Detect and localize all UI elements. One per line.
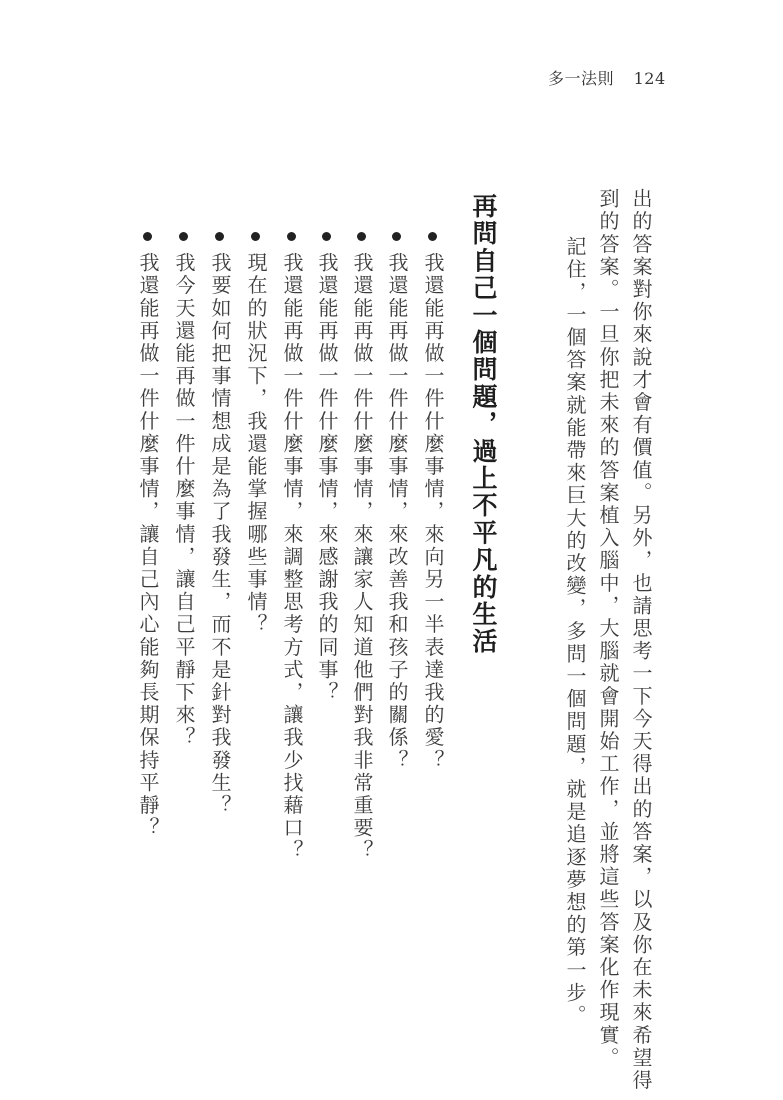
bullet-icon xyxy=(287,232,296,241)
list-item-text: 我還能再做一件什麼事情，讓自己內心能夠長期保持平靜？ xyxy=(136,252,160,840)
bullet-icon xyxy=(179,232,188,241)
body-paragraph-line-1: 出的答案對你來說才會有價值。另外，也請思考一下今天得出的答案，以及你在未來希望得 xyxy=(629,188,653,1092)
bullet-icon xyxy=(251,232,260,241)
list-item-text: 我要如何把事情想成是為了我發生，而不是針對我發生？ xyxy=(208,252,232,817)
list-item-text: 我還能再做一件什麼事情，來調整思考方式，讓我少找藉口？ xyxy=(280,252,304,862)
bullet-icon xyxy=(428,232,437,241)
bullet-icon xyxy=(322,232,331,241)
list-item-text: 我還能再做一件什麼事情，來向另一半表達我的愛？ xyxy=(421,252,445,772)
section-heading: 再問自己一個問題，過上不平凡的生活 xyxy=(468,193,498,655)
list-item-text: 我還能再做一件什麼事情，來讓家人知道他們對我非常重要？ xyxy=(350,252,374,862)
bullet-icon xyxy=(215,232,224,241)
body-paragraph-line-2: 到的答案。一旦你把未來的答案植入腦中，大腦就會開始工作，並將這些答案化作現實。 xyxy=(596,188,620,1069)
list-item-text: 我還能再做一件什麼事情，來感謝我的同事？ xyxy=(315,252,339,704)
list-item-text: 我還能再做一件什麼事情，來改善我和孩子的關係？ xyxy=(385,252,409,772)
list-item-text: 我今天還能再做一件什麼事情，讓自己平靜下來？ xyxy=(172,252,196,749)
bullet-icon xyxy=(357,232,366,241)
book-title: 多一法則 xyxy=(548,69,614,88)
list-item-text: 現在的狀況下，我還能掌握哪些事情？ xyxy=(244,252,268,636)
bullet-icon xyxy=(143,232,152,241)
bullet-icon xyxy=(392,232,401,241)
running-head: 多一法則 124 xyxy=(548,66,666,89)
page-number: 124 xyxy=(634,69,666,88)
body-paragraph-line-3: 記住，一個答案就能帶來巨大的改變，多問一個問題，就是追逐夢想的第一步。 xyxy=(563,236,587,1027)
